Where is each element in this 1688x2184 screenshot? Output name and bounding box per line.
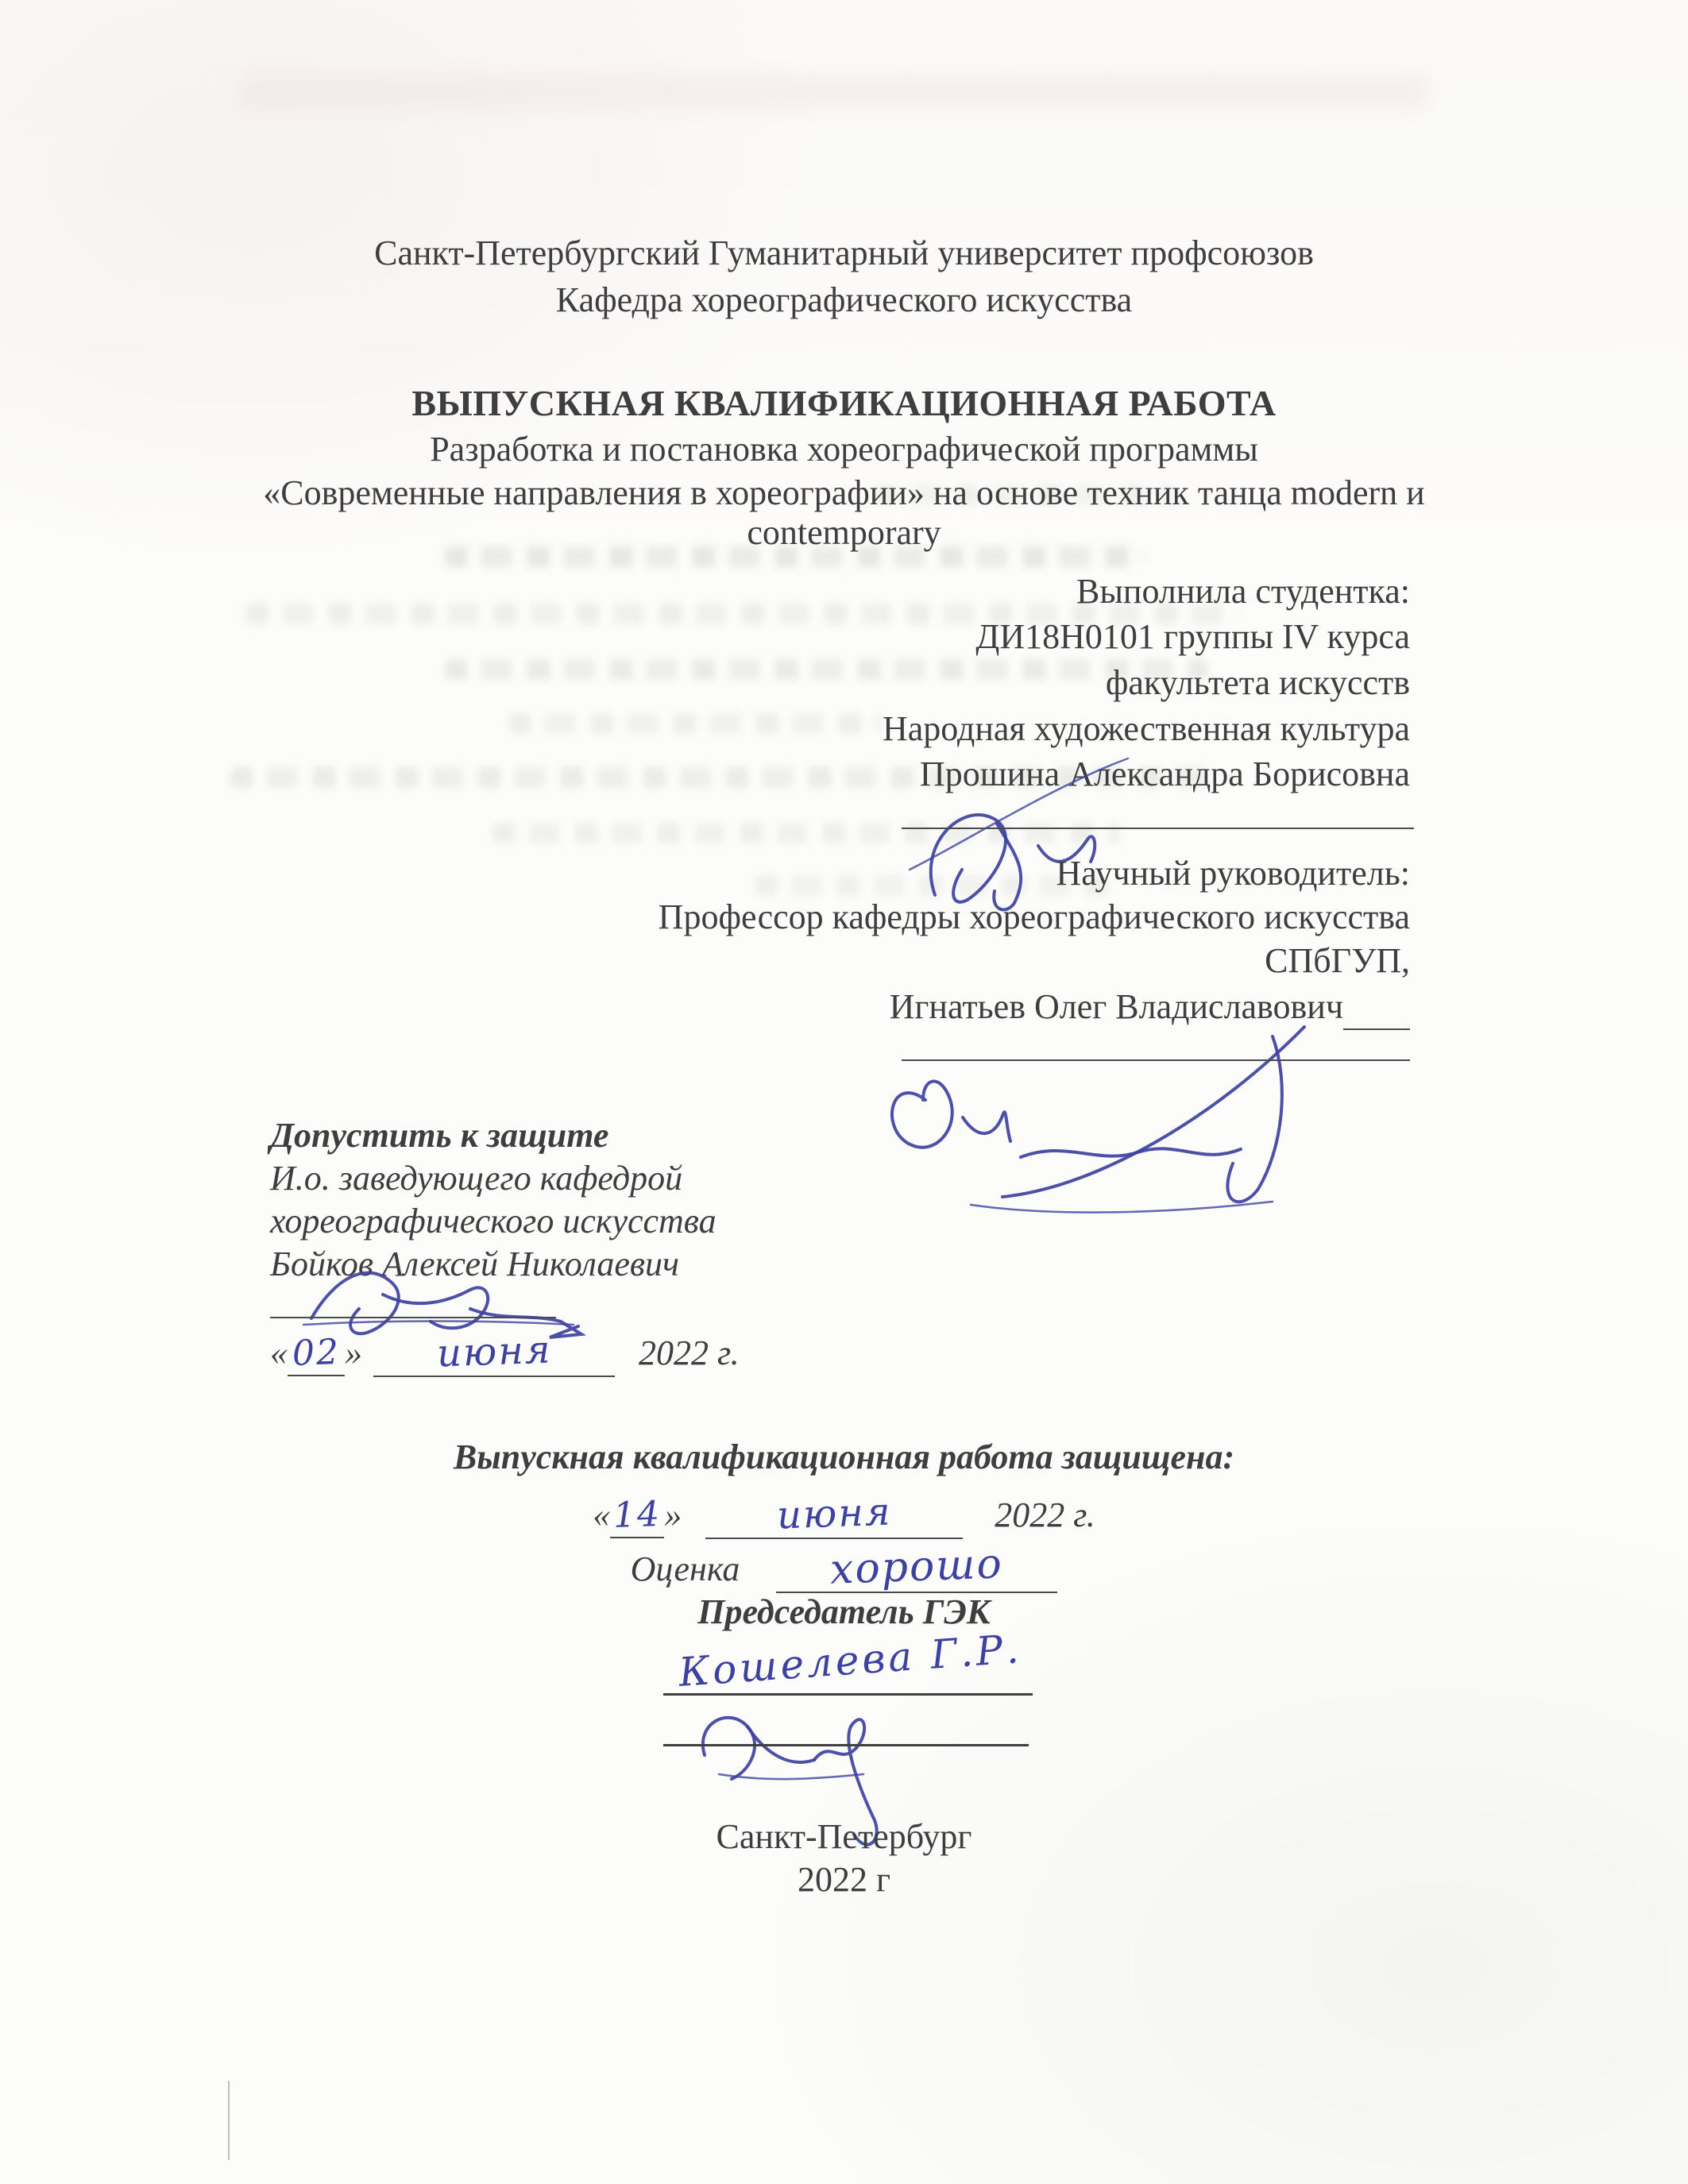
defense-date-day-handwritten: 14 xyxy=(612,1494,662,1538)
signature-line xyxy=(663,1744,1029,1746)
admission-date-year: 2022 г. xyxy=(639,1333,740,1372)
student-signature xyxy=(886,751,1148,921)
scan-smudge xyxy=(238,73,1430,111)
defense-date-year: 2022 г. xyxy=(995,1495,1095,1534)
grade-value-handwritten: хорошо xyxy=(829,1539,1004,1595)
signature-line xyxy=(270,1317,556,1318)
performed-by-label: Выполнила студентка: xyxy=(1076,571,1410,613)
admission-line-1: И.о. заведующего кафедрой xyxy=(270,1158,682,1200)
advisor-signature xyxy=(858,1005,1382,1227)
signature-line xyxy=(902,828,1414,829)
scan-scratch xyxy=(228,2081,230,2160)
quote-open: « xyxy=(593,1495,610,1534)
defense-date-month-handwritten: июня xyxy=(776,1489,893,1539)
thesis-title-line-2: «Современные направления в хореографии» … xyxy=(0,473,1688,515)
admission-date-month-handwritten: июня xyxy=(436,1327,553,1377)
chairman-label: Председатель ГЭК xyxy=(0,1592,1688,1634)
quote-close: » xyxy=(345,1333,362,1372)
defense-date-line: «14»июня2022 г. xyxy=(0,1491,1688,1539)
work-type-heading: ВЫПУСКНАЯ КВАЛИФИКАЦИОННАЯ РАБОТА xyxy=(0,381,1688,425)
quote-close: » xyxy=(664,1495,682,1534)
footer-city: Санкт-Петербург xyxy=(0,1816,1688,1858)
chairman-signature-name: Кошелева Г.Р. xyxy=(663,1638,1037,1684)
admission-line-2: хореографического искусства xyxy=(270,1201,717,1243)
bleed-through-ghost xyxy=(508,713,882,734)
admission-date-line: «02»июня2022 г. xyxy=(270,1329,740,1377)
grade-line: Оценкахорошо xyxy=(0,1542,1688,1593)
defense-heading: Выпускная квалификационная работа защище… xyxy=(0,1437,1688,1479)
student-group: ДИ18Н0101 группы IV курса xyxy=(975,616,1410,658)
student-program: Народная художественная культура xyxy=(883,708,1410,751)
advisor-organization: СПбГУП, xyxy=(1265,940,1410,982)
bleed-through-ghost xyxy=(445,659,1207,680)
admission-heading: Допустить к защите xyxy=(270,1115,608,1157)
advisor-heading: Научный руководитель: xyxy=(1056,853,1410,895)
student-faculty: факультета искусств xyxy=(1106,662,1410,704)
thesis-title-line-1: Разработка и постановка хореографической… xyxy=(0,429,1688,471)
thesis-title-line-3: contemporary xyxy=(0,512,1688,554)
department-name: Кафедра хореографического искусства xyxy=(0,280,1688,322)
university-name: Санкт-Петербургский Гуманитарный универс… xyxy=(0,233,1688,275)
scanned-thesis-title-page: Санкт-Петербургский Гуманитарный универс… xyxy=(0,0,1688,2184)
advisor-position: Профессор кафедры хореографического иску… xyxy=(659,897,1410,939)
footer-year: 2022 г xyxy=(0,1859,1688,1901)
signature-line xyxy=(902,1059,1410,1061)
admission-date-day-handwritten: 02 xyxy=(292,1332,341,1376)
quote-open: « xyxy=(270,1333,288,1372)
grade-label: Оценка xyxy=(631,1549,740,1588)
